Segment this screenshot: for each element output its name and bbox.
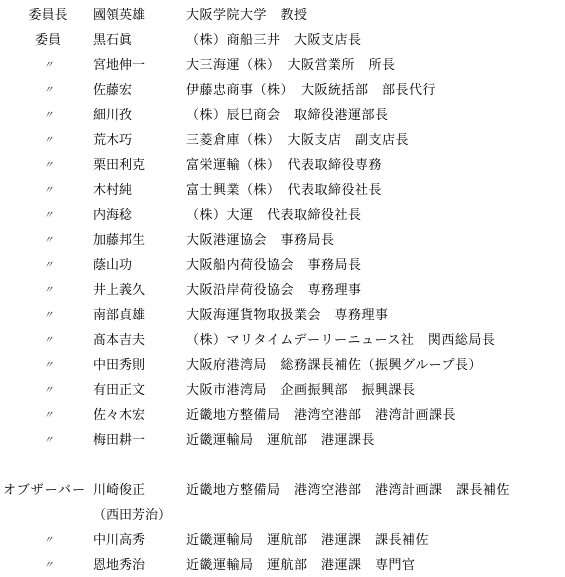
member-name: 髙本吉夫 — [93, 328, 145, 353]
ditto-mark: 〃 — [0, 253, 96, 278]
member-name: 梅田耕一 — [93, 428, 145, 453]
member-affiliation: （株）辰巳商会 取締役港運部長 — [186, 103, 389, 128]
roster-row: 委員長 國領英雄 大阪学院大学 教授 — [0, 3, 565, 28]
member-affiliation: 大阪港運協会 事務局長 — [186, 228, 335, 253]
member-affiliation: 大阪学院大学 教授 — [186, 3, 308, 28]
ditto-mark: 〃 — [0, 353, 96, 378]
member-name: 木村純 — [93, 178, 132, 203]
member-name: 栗田利克 — [93, 153, 145, 178]
member-affiliation: 大阪府港湾局 総務課長補佐（振興グループ長） — [186, 353, 482, 378]
member-affiliation: 大阪海運貨物取扱業会 専務理事 — [186, 303, 389, 328]
roster-row: 〃 梅田耕一 近畿運輸局 運航部 港運課長 — [0, 428, 565, 453]
roster-row: 〃 佐藤宏 伊藤忠商事（株） 大阪統括部 部長代行 — [0, 78, 565, 103]
role-label: オブザーバー — [3, 478, 86, 503]
roster-row: 〃 荒木巧 三菱倉庫（株） 大阪支店 副支店長 — [0, 128, 565, 153]
roster-row: 〃 細川孜 （株）辰巳商会 取締役港運部長 — [0, 103, 565, 128]
role-label: 委員 — [0, 28, 96, 53]
role-label: 委員長 — [0, 3, 96, 28]
member-name: 有田正文 — [93, 378, 145, 403]
observer-name: 川崎俊正 — [93, 478, 145, 503]
observer-affiliation: 近畿地方整備局 港湾空港部 港湾計画課 課長補佐 — [186, 478, 510, 503]
ditto-mark: 〃 — [0, 303, 96, 328]
ditto-mark: 〃 — [0, 378, 96, 403]
member-name: 宮地伸一 — [93, 53, 145, 78]
ditto-mark: 〃 — [0, 228, 96, 253]
roster-row: 〃 内海稔 （株）大運 代表取締役社長 — [0, 203, 565, 228]
member-name: 細川孜 — [93, 103, 132, 128]
ditto-mark: 〃 — [0, 53, 96, 78]
ditto-mark: 〃 — [0, 103, 96, 128]
observer-affiliation: 近畿運輸局 運航部 港運課 専門官 — [186, 553, 416, 577]
member-name: 中田秀則 — [93, 353, 145, 378]
member-affiliation: 近畿地方整備局 港湾空港部 港湾計画課長 — [186, 403, 456, 428]
observer-alternate-name: （西田芳治） — [93, 503, 171, 528]
member-affiliation: 富士興業（株） 代表取締役社長 — [186, 178, 382, 203]
ditto-mark: 〃 — [0, 403, 96, 428]
observer-affiliation: 近畿運輸局 運航部 港運課 課長補佐 — [186, 528, 429, 553]
roster-row: 委員 黒石眞 （株）商船三井 大阪支店長 — [0, 28, 565, 53]
roster-row: 〃 加藤邦生 大阪港運協会 事務局長 — [0, 228, 565, 253]
member-affiliation: 大阪沿岸荷役協会 専務理事 — [186, 278, 362, 303]
observer-name: 恩地秀治 — [93, 553, 145, 577]
member-name: 内海稔 — [93, 203, 132, 228]
observer-row: 〃 恩地秀治 近畿運輸局 運航部 港運課 専門官 — [0, 553, 565, 577]
ditto-mark: 〃 — [0, 278, 96, 303]
member-name: 加藤邦生 — [93, 228, 145, 253]
member-affiliation: 三菱倉庫（株） 大阪支店 副支店長 — [186, 128, 409, 153]
observer-row: オブザーバー 川崎俊正 近畿地方整備局 港湾空港部 港湾計画課 課長補佐 — [0, 478, 565, 503]
ditto-mark: 〃 — [0, 553, 96, 577]
member-affiliation: 伊藤忠商事（株） 大阪統括部 部長代行 — [186, 78, 436, 103]
member-name: 蔭山功 — [93, 253, 132, 278]
member-name: 黒石眞 — [93, 28, 132, 53]
observer-name: 中川高秀 — [93, 528, 145, 553]
member-name: 國領英雄 — [93, 3, 145, 28]
member-affiliation: 富栄運輸（株） 代表取締役専務 — [186, 153, 382, 178]
roster-row: 〃 宮地伸一 大三海運（株） 大阪営業所 所長 — [0, 53, 565, 78]
ditto-mark: 〃 — [0, 328, 96, 353]
observer-row: （西田芳治） — [0, 503, 565, 528]
ditto-mark: 〃 — [0, 128, 96, 153]
roster-row: 〃 栗田利克 富栄運輸（株） 代表取締役専務 — [0, 153, 565, 178]
member-name: 井上義久 — [93, 278, 145, 303]
ditto-mark: 〃 — [0, 528, 96, 553]
member-name: 南部貞雄 — [93, 303, 145, 328]
roster-row: 〃 井上義久 大阪沿岸荷役協会 専務理事 — [0, 278, 565, 303]
member-affiliation: 大阪船内荷役協会 事務局長 — [186, 253, 362, 278]
roster-row: 〃 有田正文 大阪市港湾局 企画振興部 振興課長 — [0, 378, 565, 403]
roster-row: 〃 南部貞雄 大阪海運貨物取扱業会 専務理事 — [0, 303, 565, 328]
ditto-mark: 〃 — [0, 153, 96, 178]
observer-row: 〃 中川高秀 近畿運輸局 運航部 港運課 課長補佐 — [0, 528, 565, 553]
ditto-mark: 〃 — [0, 178, 96, 203]
roster-row: 〃 木村純 富士興業（株） 代表取締役社長 — [0, 178, 565, 203]
section-gap — [0, 453, 565, 478]
ditto-mark: 〃 — [0, 78, 96, 103]
ditto-mark: 〃 — [0, 203, 96, 228]
member-name: 佐藤宏 — [93, 78, 132, 103]
member-name: 佐々木宏 — [93, 403, 145, 428]
ditto-mark: 〃 — [0, 428, 96, 453]
roster-row: 〃 蔭山功 大阪船内荷役協会 事務局長 — [0, 253, 565, 278]
member-affiliation: 大阪市港湾局 企画振興部 振興課長 — [186, 378, 416, 403]
roster-row: 〃 中田秀則 大阪府港湾局 総務課長補佐（振興グループ長） — [0, 353, 565, 378]
member-affiliation: 近畿運輸局 運航部 港運課長 — [186, 428, 375, 453]
member-affiliation: 大三海運（株） 大阪営業所 所長 — [186, 53, 396, 78]
committee-roster: 委員長 國領英雄 大阪学院大学 教授 委員 黒石眞 （株）商船三井 大阪支店長 … — [0, 3, 565, 577]
member-affiliation: （株）商船三井 大阪支店長 — [186, 28, 362, 53]
member-name: 荒木巧 — [93, 128, 132, 153]
roster-row: 〃 佐々木宏 近畿地方整備局 港湾空港部 港湾計画課長 — [0, 403, 565, 428]
member-affiliation: （株）大運 代表取締役社長 — [186, 203, 362, 228]
member-affiliation: （株）マリタイムデーリーニュース社 関西総局長 — [186, 328, 495, 353]
roster-row: 〃 髙本吉夫 （株）マリタイムデーリーニュース社 関西総局長 — [0, 328, 565, 353]
